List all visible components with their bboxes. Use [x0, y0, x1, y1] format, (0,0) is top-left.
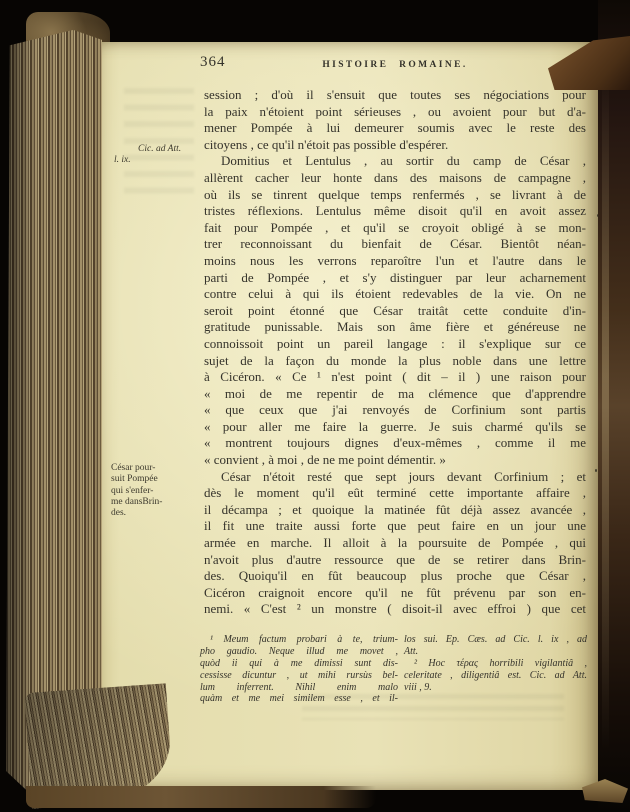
body-line: à Cicéron. « Ce ¹ n'est point ( dit – il… [204, 369, 586, 386]
footnote-line: celeritate , diligentiâ est. Cic. ad Att… [404, 670, 587, 682]
body-line: tristes réflexions. Lentulus même disoit… [204, 203, 586, 220]
footnote-line: quòd ii qui à me dimissi sunt dis- [200, 658, 398, 670]
body-line: allèrent cacher leur honte dans des mais… [204, 170, 586, 187]
footnote-line: lum inferrent. Nihil enim malo [200, 682, 398, 694]
body-line: « pour aller me faire la guerre. Je suis… [204, 419, 586, 436]
body-line: « montrent toujours dignes d'eux-mêmes ,… [204, 435, 586, 452]
body-line: contre celui à qui ils étoient redevable… [204, 286, 586, 303]
body-line: « que ceux que j'ai renvoyés de Corfiniu… [204, 402, 586, 419]
book-cover-edge [26, 786, 376, 808]
body-line: session ; d'où il s'ensuit que toutes se… [204, 87, 586, 104]
footnote-line: pho gaudio. Neque illud me movet , [200, 646, 398, 658]
footnote-line: los sui. Ep. Cæs. ad Cic. l. ix , ad [404, 634, 587, 646]
body-line: fait pour Pompée , et qu'il se croyoit o… [204, 220, 586, 237]
body-line: mener Pompée à lui demeurer soumis avec … [204, 120, 586, 137]
body-line: il décampa ; et quoique la matinée fût d… [204, 502, 586, 519]
footnote-left-column: ¹ Meum factum probari à te, trium-pho ga… [200, 634, 398, 705]
body-line: sujet de la façon du monde la plus noble… [204, 353, 586, 370]
body-line: des. Quoiqu'il en fût beaucoup plus proc… [204, 568, 586, 585]
margin-note-line: qui s'enfer- [111, 486, 199, 497]
body-line: où ils se tinrent quelque temps renfermé… [204, 187, 586, 204]
body-line: nemi. « C'est ² un monstre ( disoit-il a… [204, 601, 586, 618]
body-line: Domitius et Lentulus , au sortir du camp… [204, 153, 586, 170]
body-line: César n'étoit resté que sept jours devan… [204, 469, 586, 486]
margin-note-citation: Cic. ad Att.l. ix. [114, 144, 198, 167]
book-gutter [598, 0, 630, 812]
margin-note-line: des. [111, 508, 199, 519]
footnote-line: ¹ Meum factum probari à te, trium- [200, 634, 398, 646]
ink-speck [595, 469, 597, 472]
footnote-line: quàm et me mei similem esse , et il- [200, 693, 398, 705]
body-line: « moi de me repentir de ma clémence que … [204, 386, 586, 403]
book-page: 364 HISTOIRE ROMAINE. Cic. ad Att.l. ix.… [94, 42, 600, 790]
running-title: HISTOIRE ROMAINE. [204, 60, 586, 70]
footnote-line: cessisse dicuntur , ut mihi rursùs bel- [200, 670, 398, 682]
margin-note-line: suit Pompée [111, 474, 199, 485]
page-stack-fore-edge [6, 26, 102, 798]
body-line: citoyens , ce qu'il n'étoit pas possible… [204, 137, 586, 154]
footnote-line: viii , 9. [404, 682, 587, 694]
body-line: trer reconnoissant du bienfait de César.… [204, 236, 586, 253]
body-line: connoissoit point un pareil langage : il… [204, 336, 586, 353]
body-line: la paix n'étoient point sérieuses , ou a… [204, 104, 586, 121]
margin-note-line: l. ix. [114, 155, 198, 166]
body-text: session ; d'où il s'ensuit que toutes se… [204, 87, 586, 618]
margin-note-summary: César pour-suit Pompéequi s'enfer-me dan… [111, 463, 199, 519]
margin-note-line: me dansBrin- [111, 497, 199, 508]
body-line: gratitude punissable. Mais son âme fière… [204, 319, 586, 336]
body-line: Cicéron craignoit encore qu'il ne fût pr… [204, 585, 586, 602]
footnote-line: ² Hoc τέρας horribili vigilantiâ , [404, 658, 587, 670]
body-line: n'avoit plus d'autre ressource que de se… [204, 552, 586, 569]
margin-note-line: César pour- [111, 463, 199, 474]
body-line: seroit point étonné que César traitât ce… [204, 303, 586, 320]
body-line: moins nous les verrons reparoître l'un e… [204, 253, 586, 270]
book-photo: 364 HISTOIRE ROMAINE. Cic. ad Att.l. ix.… [0, 0, 630, 812]
body-line: dès le moment qu'il eût terminé cette im… [204, 485, 586, 502]
body-line: armée en marche. Il alloit à la poursuit… [204, 535, 586, 552]
margin-note-line: Cic. ad Att. [114, 144, 198, 155]
footnote-right-column: los sui. Ep. Cæs. ad Cic. l. ix , adAtt.… [404, 634, 587, 693]
body-line: parti de Pompée , et s'y distinguer par … [204, 270, 586, 287]
body-line: il fit une traite aussi forte que peut f… [204, 518, 586, 535]
body-line: « convient , à moi , de ne me point déme… [204, 452, 586, 469]
footnote-line: Att. [404, 646, 587, 658]
